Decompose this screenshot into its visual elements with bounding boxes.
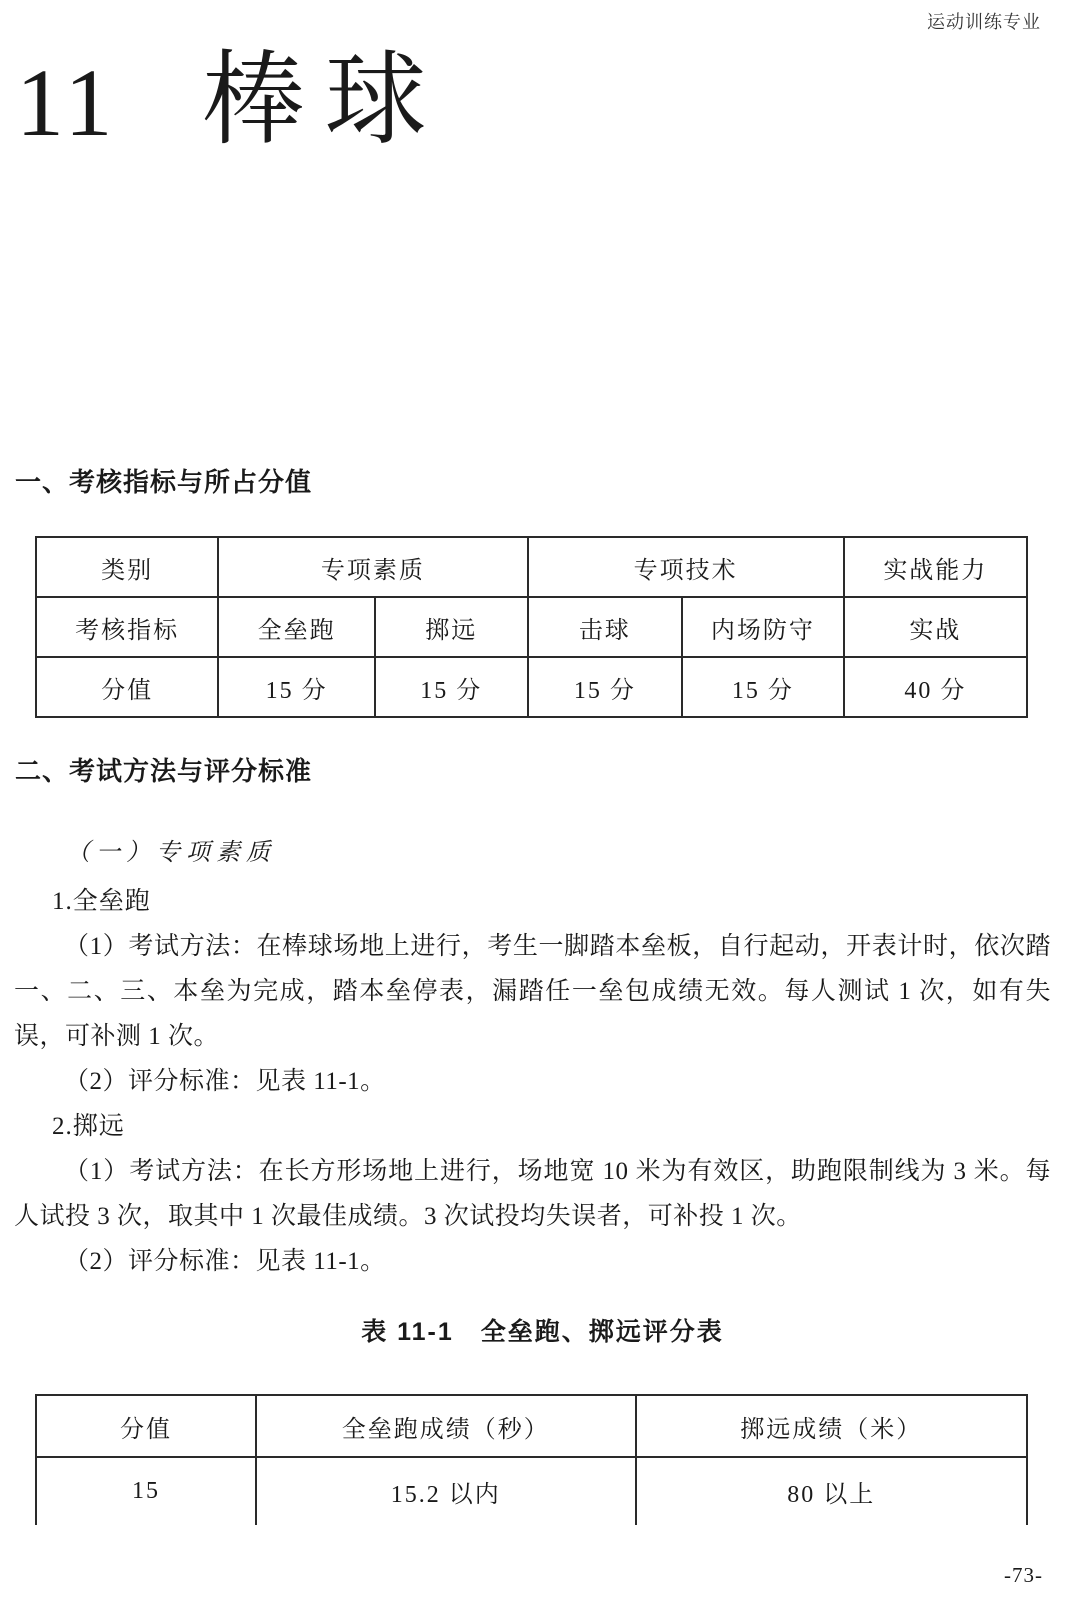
section-one-heading: 一、考核指标与所占分值 (15, 464, 1085, 500)
table-cell: 15 分 (218, 657, 375, 717)
table-cell: 分值 (36, 657, 218, 717)
table-row: 15 15.2 以内 80 以上 (36, 1457, 1027, 1525)
table-cell: 15 (36, 1457, 256, 1525)
table-header-cell: 全垒跑成绩（秒） (256, 1395, 636, 1457)
table-cell: 15.2 以内 (256, 1457, 636, 1525)
table-cell: 击球 (528, 597, 683, 657)
chapter-heading: 11 棒球 (0, 0, 1085, 168)
table-cell: 考核指标 (36, 597, 218, 657)
subsection-heading: （一）专项素质 (66, 829, 1085, 877)
scoring-table-11-1: 分值 全垒跑成绩（秒） 掷远成绩（米） 15 15.2 以内 80 以上 (35, 1394, 1028, 1525)
section-two-heading: 二、考试方法与评分标准 (15, 753, 1085, 789)
table-row-category: 类别 专项素质 专项技术 实战能力 (36, 537, 1027, 597)
item2-method-paragraph: （1）考试方法：在长方形场地上进行，场地宽 10 米为有效区，助跑限制线为 3 … (14, 1149, 1051, 1239)
table-cell: 类别 (36, 537, 218, 597)
table-cell: 15 分 (375, 657, 528, 717)
table-header-cell: 分值 (36, 1395, 256, 1457)
table-cell: 80 以上 (636, 1457, 1027, 1525)
table-cell: 专项素质 (218, 537, 527, 597)
table-cell: 15 分 (528, 657, 683, 717)
table-row-indicators: 考核指标 全垒跑 掷远 击球 内场防守 实战 (36, 597, 1027, 657)
running-header: 运动训练专业 (927, 8, 1041, 34)
chapter-title: 棒球 (202, 46, 446, 158)
table-cell: 实战 (844, 597, 1027, 657)
chapter-number: 11 (16, 48, 116, 158)
table-11-1-caption: 表 11-1 全垒跑、掷远评分表 (0, 1312, 1085, 1348)
table-cell: 40 分 (844, 657, 1027, 717)
table-cell: 掷远 (375, 597, 528, 657)
item1-standard-paragraph: （2）评分标准：见表 11-1。 (14, 1059, 1051, 1104)
item2-standard-paragraph: （2）评分标准：见表 11-1。 (14, 1239, 1051, 1284)
section-two-body: 1.全垒跑 （1）考试方法：在棒球场地上进行，考生一脚踏本垒板，自行起动，开表计… (0, 879, 1085, 1284)
table-cell: 内场防守 (682, 597, 844, 657)
item2-title: 2.掷远 (52, 1104, 1085, 1149)
table-header-row: 分值 全垒跑成绩（秒） 掷远成绩（米） (36, 1395, 1027, 1457)
table-header-cell: 掷远成绩（米） (636, 1395, 1027, 1457)
table-cell: 专项技术 (528, 537, 844, 597)
score-allocation-table: 类别 专项素质 专项技术 实战能力 考核指标 全垒跑 掷远 击球 内场防守 实战… (35, 536, 1028, 718)
table-cell: 15 分 (682, 657, 844, 717)
item1-title: 1.全垒跑 (52, 879, 1085, 924)
page-number: -73- (1004, 1563, 1043, 1588)
table-cell: 全垒跑 (218, 597, 375, 657)
item1-method-paragraph: （1）考试方法：在棒球场地上进行，考生一脚踏本垒板，自行起动，开表计时，依次踏一… (14, 924, 1051, 1059)
table-cell: 实战能力 (844, 537, 1027, 597)
table-row-scores: 分值 15 分 15 分 15 分 15 分 40 分 (36, 657, 1027, 717)
document-page: 运动训练专业 11 棒球 一、考核指标与所占分值 类别 专项素质 专项技术 实战… (0, 0, 1085, 1600)
